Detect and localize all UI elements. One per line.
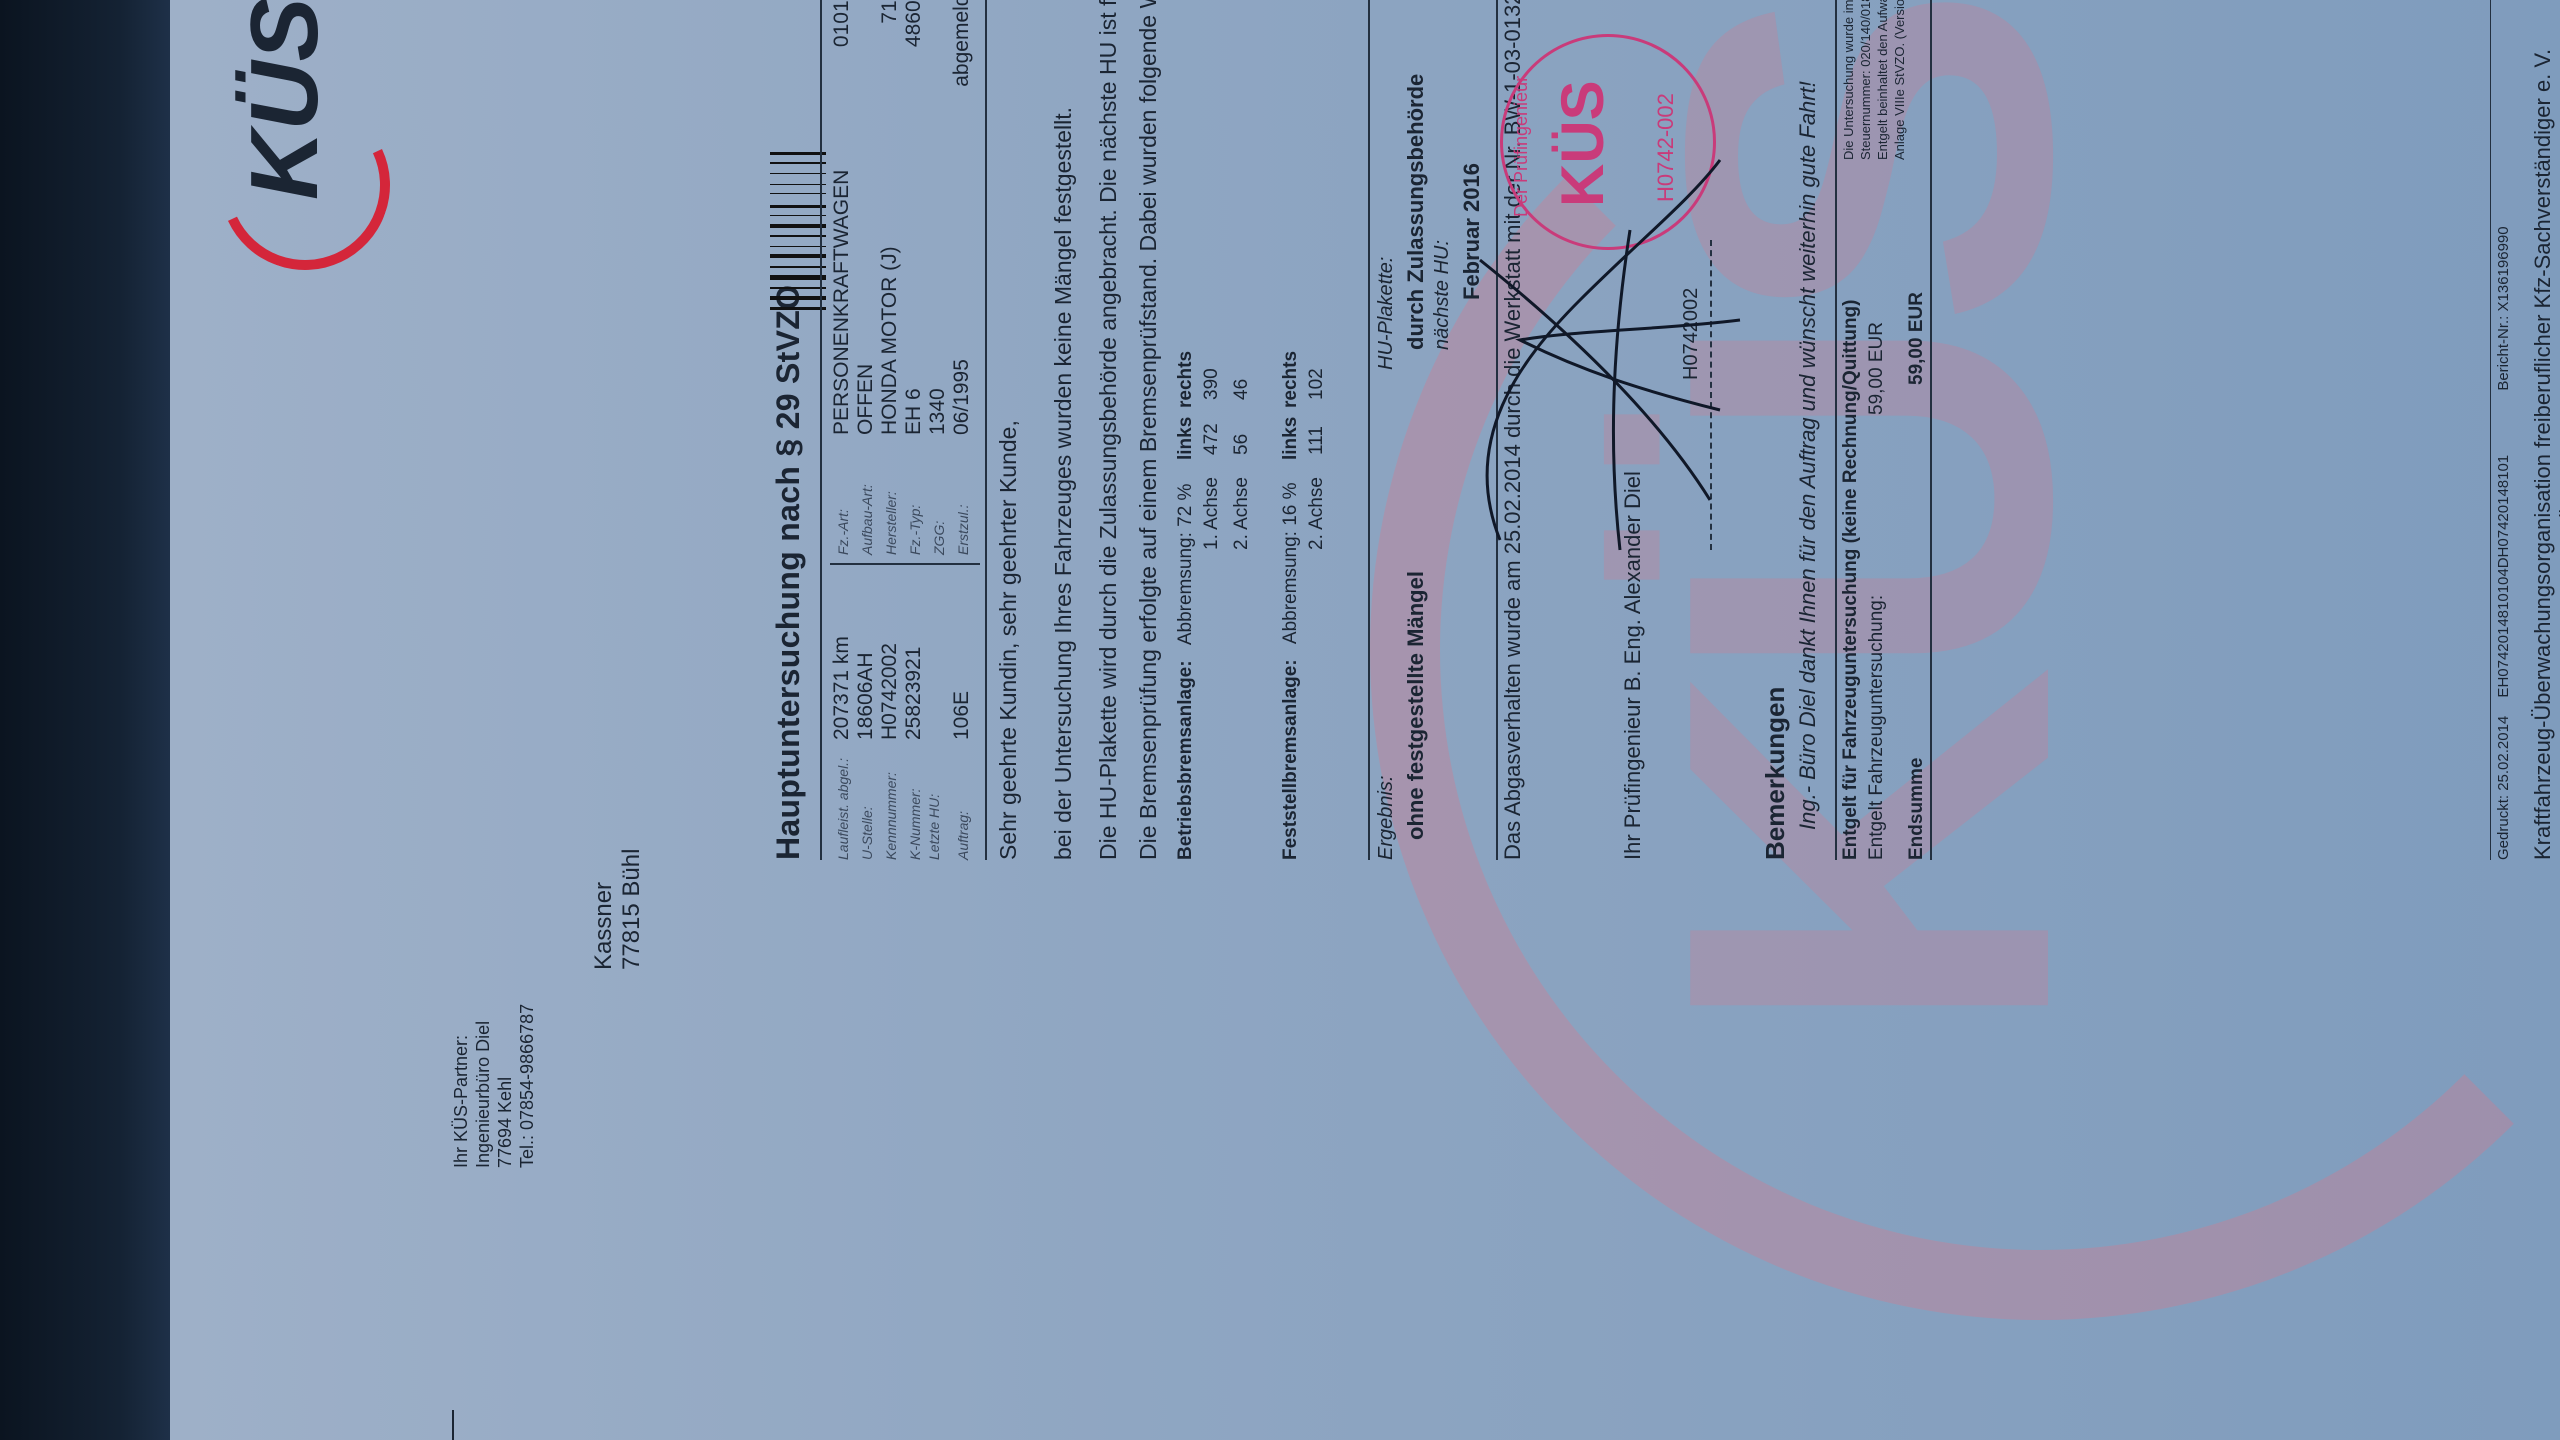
remarks-text: Ing.- Büro Diel dankt Ihnen für den Auft… (1795, 81, 1821, 830)
brake-row: 1. Achse 472 390 (1201, 484, 1231, 860)
barcode-bar (770, 307, 826, 310)
info-label: ZGG: (931, 435, 947, 555)
info-value: H0742002 (878, 643, 902, 740)
info-label: Kennnummer: (883, 740, 899, 860)
total-label: Endsumme (1906, 758, 1928, 860)
background-edge (0, 0, 170, 1440)
info-row: Aufbau-Art:OFFEN (854, 0, 878, 555)
info-label: K-Nummer: (907, 740, 923, 860)
barcode-bar (770, 266, 826, 268)
info-row: Auftrag:106E (950, 570, 974, 860)
footer-org: Kraftfahrzeug-Überwachungsorganisation f… (2530, 49, 2556, 860)
info-column-left: Laufleist. abgel.:207371 kmU-Stelle:1860… (830, 570, 974, 860)
logo-text: KÜS (230, 0, 340, 200)
brake-row: 2. Achse 56 46 (1231, 484, 1261, 860)
divider (1930, 0, 1932, 860)
column-left-header: links (1280, 417, 1302, 460)
footer: Kraftfahrzeug-Überwachungsorganisation f… (2530, 49, 2556, 860)
barcode-bar (770, 240, 826, 243)
info-label: Erstzul.: (955, 435, 971, 555)
kues-logo: KÜS (190, 30, 350, 270)
info-label: Auftrag: (955, 740, 971, 860)
fee-notes: Die Untersuchung wurde im Namen und auf … (1840, 0, 1908, 160)
barcode-bar (770, 296, 826, 300)
divider (2490, 0, 2491, 860)
info-value: EH 6 (902, 388, 926, 435)
barcode-bar (770, 287, 826, 289)
paragraph-no-defects: bei der Untersuchung Ihres Fahrzeuges wu… (1050, 107, 1077, 860)
result-value: ohne festgestellte Mängel (1403, 571, 1429, 840)
divider (820, 0, 822, 860)
brake-right-value: 46 (1231, 379, 1253, 400)
info-row: Erstzul.:06/1995abgemeldet (950, 0, 974, 555)
print-code: EH0742014810104DH07420148101 (2495, 455, 2512, 698)
info-row: Fz.-Typ:EH 6486008 (902, 0, 926, 555)
inspection-report-page: KÜS KÜS Ihr KÜS-Partner: Ingenieurbüro D… (170, 0, 2560, 1440)
print-line: Gedruckt: 25.02.2014 EH0742014810104DH07… (2495, 226, 2512, 860)
info-label: Letzte HU: (926, 740, 942, 860)
fee-heading: Entgelt für Fahrzeuguntersuchung (keine … (1840, 300, 1862, 860)
info-row: K-Nummer:25823921 (902, 570, 926, 860)
recipient-name: Kassner (590, 849, 618, 970)
barcode-bar (770, 254, 826, 258)
info-value: HONDA MOTOR (J) (878, 246, 902, 435)
info-row: Kennnummer:H0742002 (878, 570, 902, 860)
info-label: Laufleist. abgel.: (835, 740, 851, 860)
fee-note: Anlage VIIIe StVZO. (Version 3.4.0.146) (1891, 0, 1908, 160)
info-row: U-Stelle:18606AH (854, 570, 878, 860)
paragraph-brake-test: Die Bremsenprüfung erfolgte auf einem Br… (1135, 0, 1162, 860)
barcode-bar (770, 283, 826, 284)
fee-note: Steuernummer: 020/140/01800. (1857, 0, 1874, 160)
barcode-bar (770, 292, 826, 293)
barcode-bar (770, 231, 826, 232)
info-value: 106E (950, 691, 974, 740)
parking-brake-section: Feststellbremsanlage: Abbremsung: 16 % l… (1280, 482, 1336, 860)
info-value: PERSONENKRAFTWAGEN (830, 170, 854, 435)
column-right-header: rechts (1280, 351, 1302, 408)
barcode-bar (770, 303, 826, 304)
barcode-bar (770, 152, 826, 155)
fold-mark (452, 1410, 454, 1440)
paragraph-sticker: Die HU-Plakette wird durch die Zulassung… (1095, 0, 1122, 860)
divider (830, 563, 980, 565)
salutation: Sehr geehrte Kundin, sehr geehrter Kunde… (995, 420, 1022, 860)
brake-left-value: 56 (1231, 434, 1253, 455)
info-value: OFFEN (854, 364, 878, 435)
info-extra-value: 7100 (878, 0, 902, 24)
column-right-header: rechts (1175, 351, 1197, 408)
sticker-value: durch Zulassungsbehörde (1403, 74, 1429, 350)
barcode-bar (770, 211, 826, 212)
remarks-title: Bemerkungen (1760, 81, 1791, 860)
parking-brake-deceleration: Abbremsung: 16 % (1280, 482, 1301, 644)
barcode-bar (770, 158, 826, 159)
axle-label: 1. Achse (1201, 477, 1223, 550)
fee-line-label: Entgelt Fahrzeuguntersuchung: (1866, 595, 1888, 860)
print-report-number: Bericht-Nr.: X136196990 (2495, 226, 2512, 390)
info-row: Laufleist. abgel.:207371 km (830, 570, 854, 860)
sticker-label: HU-Plakette: (1375, 257, 1398, 370)
info-extra-value: 486008 (902, 0, 926, 47)
barcode-bar (770, 173, 826, 174)
partner-name: Ingenieurbüro Diel (472, 1004, 494, 1168)
barcode-bar (770, 162, 826, 164)
barcode-bar (770, 167, 826, 170)
partner-city: 77694 Kehl (494, 1004, 516, 1168)
service-brake-label: Betriebsbremsanlage: (1175, 660, 1196, 860)
barcode (770, 90, 826, 310)
info-value: 18606AH (854, 652, 878, 740)
info-label: Fz.-Art: (835, 435, 851, 555)
partner-address: Ihr KÜS-Partner: Ingenieurbüro Diel 7769… (450, 1004, 538, 1168)
barcode-bar (770, 271, 826, 272)
barcode-bar (770, 250, 826, 251)
partner-phone: Tel.: 07854-9866787 (516, 1004, 538, 1168)
info-row: Letzte HU: (926, 570, 950, 860)
barcode-bar (770, 197, 826, 202)
barcode-bar (770, 219, 826, 221)
fee-section: Entgelt für Fahrzeuguntersuchung (keine … (1840, 0, 1960, 860)
column-left-header: links (1175, 417, 1197, 460)
info-value: 25823921 (902, 647, 926, 740)
barcode-bar (770, 188, 826, 190)
signature (1460, 140, 1760, 560)
barcode-bar (770, 275, 826, 280)
axle-label: 2. Achse (1306, 477, 1328, 550)
info-label: Fz.-Typ: (907, 435, 923, 555)
brake-row: 2. Achse 111 102 (1306, 482, 1336, 860)
barcode-bar (770, 215, 826, 216)
info-label: Hersteller: (883, 435, 899, 555)
brake-left-value: 111 (1306, 426, 1328, 455)
next-inspection-label: nächste HU: (1431, 240, 1454, 350)
brake-right-value: 390 (1201, 368, 1223, 400)
fee-line-value: 59,00 EUR (1866, 322, 1888, 415)
result-label: Ergebnis: (1375, 776, 1398, 861)
brake-right-value: 102 (1306, 368, 1328, 400)
info-value: 207371 km (830, 636, 854, 740)
service-brake-deceleration: Abbremsung: 72 % (1175, 484, 1196, 646)
fee-note: Entgelt beinhaltet den Aufwand für die B… (1874, 0, 1891, 160)
info-row: Fz.-Art:PERSONENKRAFTWAGEN010100 (830, 0, 854, 555)
barcode-bar (770, 246, 826, 247)
total-value: 59,00 EUR (1906, 292, 1928, 385)
info-column-middle: Fz.-Art:PERSONENKRAFTWAGEN010100Aufbau-A… (830, 0, 974, 555)
brake-left-value: 472 (1201, 423, 1223, 455)
barcode-bar (770, 184, 826, 185)
info-value: 1340 (926, 388, 950, 435)
info-extra-value: 010100 (830, 0, 854, 47)
barcode-bar (770, 235, 826, 237)
info-row: ZGG:1340 (926, 0, 950, 555)
recipient-city: 77815 Bühl (618, 849, 646, 970)
info-label: U-Stelle: (859, 740, 875, 860)
partner-label: Ihr KÜS-Partner: (450, 1004, 472, 1168)
barcode-bar (770, 224, 826, 228)
info-label: Aufbau-Art: (859, 435, 875, 555)
divider (1368, 0, 1370, 860)
divider (985, 0, 987, 860)
parking-brake-label: Feststellbremsanlage: (1280, 659, 1301, 860)
service-brake-section: Betriebsbremsanlage: Abbremsung: 72 % li… (1175, 484, 1261, 860)
axle-label: 2. Achse (1231, 477, 1253, 550)
page-title: Hauptuntersuchung nach § 29 StVZO (770, 285, 807, 860)
recipient-address: Kassner 77815 Bühl (590, 849, 646, 970)
divider (1835, 0, 1837, 860)
vehicle-info-table: Laufleist. abgel.:207371 kmU-Stelle:1860… (830, 0, 990, 860)
barcode-bar (770, 177, 826, 181)
document-photo: KÜS KÜS Ihr KÜS-Partner: Ingenieurbüro D… (170, 0, 2560, 1440)
info-row: Hersteller:HONDA MOTOR (J)7100 (878, 0, 902, 555)
fee-note: Die Untersuchung wurde im Namen und auf … (1840, 0, 1857, 160)
remarks-section: Bemerkungen Ing.- Büro Diel dankt Ihnen … (1760, 81, 1821, 860)
info-extra-value: abgemeldet (950, 0, 974, 87)
barcode-bar (770, 205, 826, 208)
barcode-bar (770, 193, 826, 194)
barcode-bar (770, 261, 826, 263)
print-date: Gedruckt: 25.02.2014 (2495, 716, 2512, 860)
info-value: 06/1995 (950, 359, 974, 435)
